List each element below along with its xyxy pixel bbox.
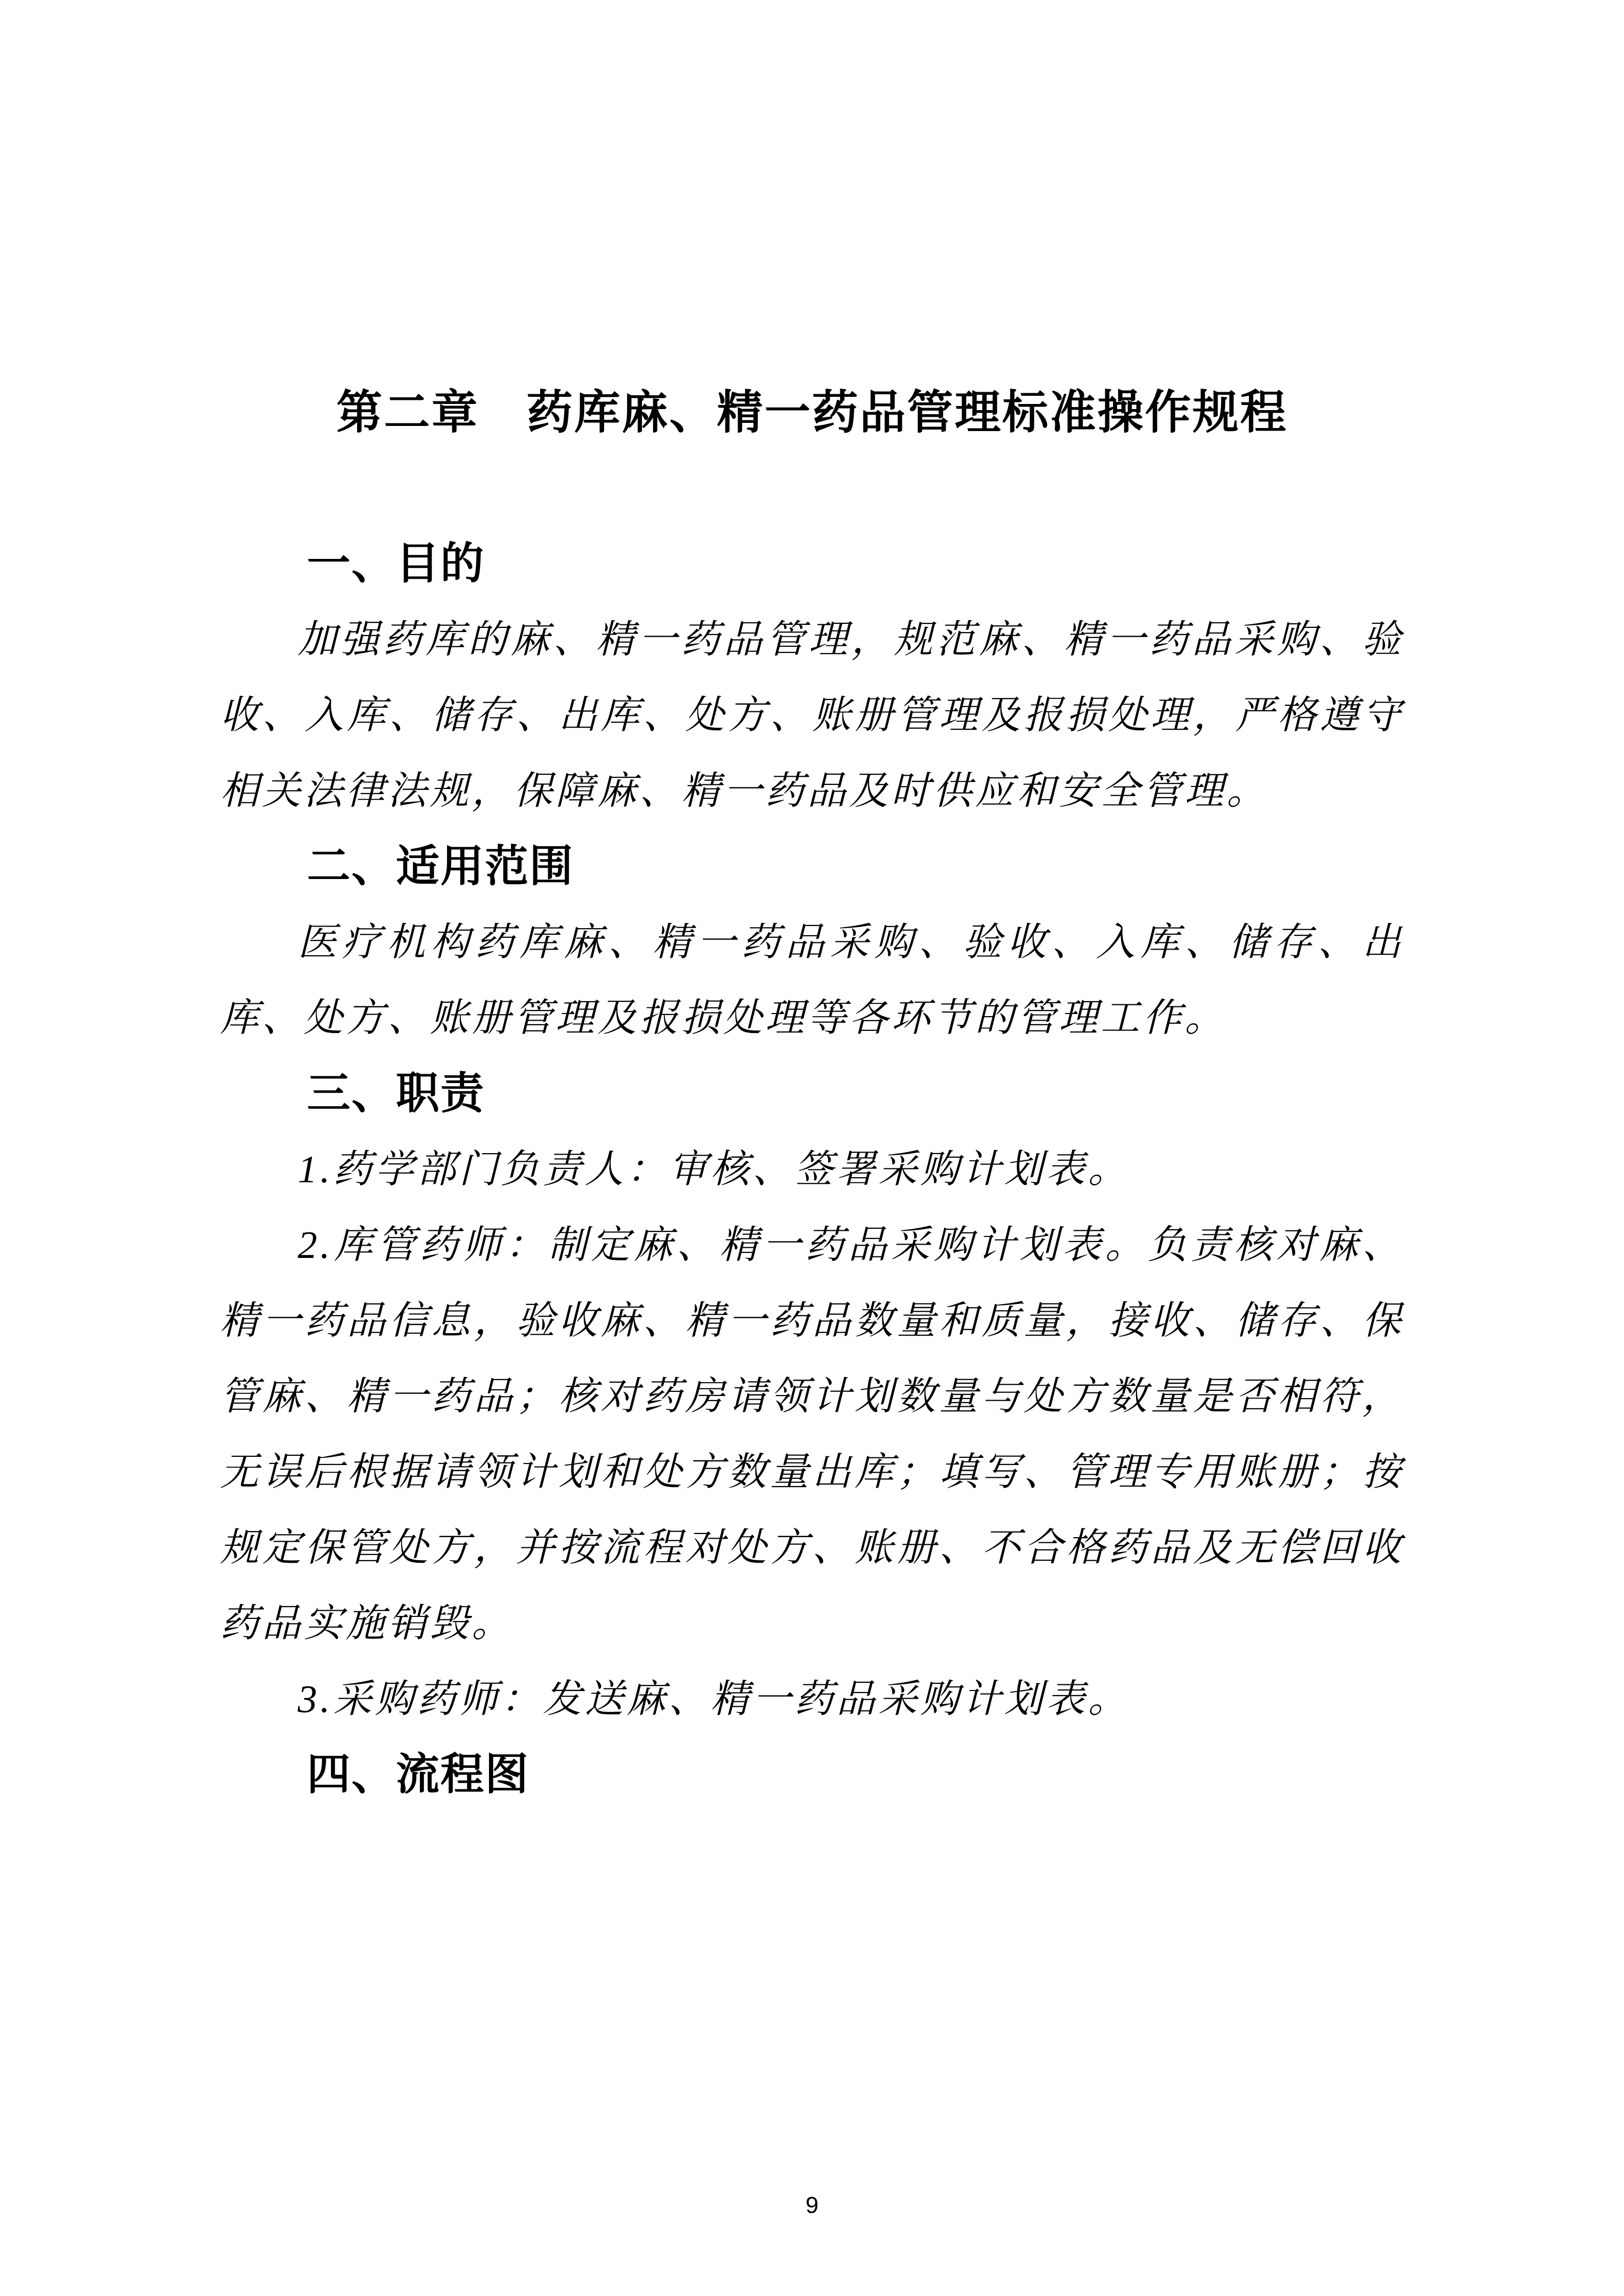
section-heading-scope: 二、适用范围: [220, 829, 1404, 905]
chapter-title: 第二章 药库麻、精一药品管理标准操作规程: [220, 375, 1404, 451]
section-heading-purpose: 一、目的: [220, 526, 1404, 602]
paragraph-purpose: 加强药库的麻、精一药品管理，规范麻、精一药品采购、验收、入库、储存、出库、处方、…: [220, 602, 1404, 829]
paragraph-responsibility-1: 1.药学部门负责人：审核、签署采购计划表。: [220, 1132, 1404, 1207]
document-page: 第二章 药库麻、精一药品管理标准操作规程 一、目的 加强药库的麻、精一药品管理，…: [0, 0, 1624, 2296]
paragraph-scope: 医疗机构药库麻、精一药品采购、验收、入库、储存、出库、处方、账册管理及报损处理等…: [220, 905, 1404, 1056]
section-heading-flowchart: 四、流程图: [220, 1737, 1404, 1813]
paragraph-responsibility-3: 3.采购药师：发送麻、精一药品采购计划表。: [220, 1661, 1404, 1737]
document-content: 第二章 药库麻、精一药品管理标准操作规程 一、目的 加强药库的麻、精一药品管理，…: [220, 375, 1404, 1813]
section-heading-responsibilities: 三、职责: [220, 1056, 1404, 1132]
blank-line: [220, 451, 1404, 526]
page-number: 9: [0, 2190, 1624, 2220]
paragraph-responsibility-2: 2.库管药师：制定麻、精一药品采购计划表。负责核对麻、精一药品信息，验收麻、精一…: [220, 1207, 1404, 1661]
